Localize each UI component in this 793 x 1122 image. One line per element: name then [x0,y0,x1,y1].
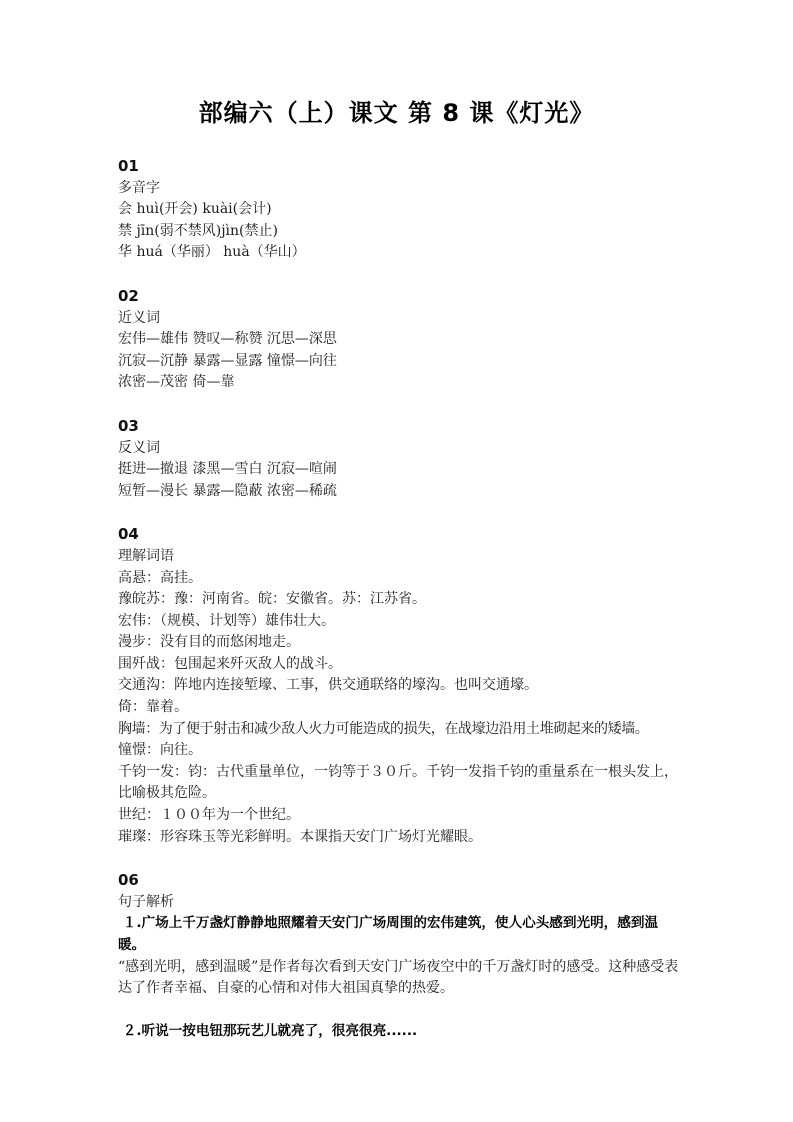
section-number: 01 [118,156,685,178]
text-line: 沉寂—沉静 暴露—显露 憧憬—向往 [118,351,685,373]
text-line: 宏伟—雄伟 赞叹—称赞 沉思—深思 [118,329,685,351]
definition-line: 交通沟：阵地内连接堑壕、工事，供交通联络的壕沟。也叫交通壕。 [118,675,685,697]
definition-line: 宏伟：（规模、计划等）雄伟壮大。 [118,611,685,633]
analysis-text: “感到光明，感到温暖”是作者每次看到天安门广场夜空中的千万盏灯时的感受。这种感受… [118,957,685,1000]
text-line: 挺进—撤退 漆黑—雪白 沉寂—喧闹 [118,459,685,481]
section-heading: 多音字 [118,178,685,200]
definition-line: 世纪：１００年为一个世纪。 [118,805,685,827]
definition-line: 憧憬：向往。 [118,740,685,762]
section-06-sentence-analysis: 06 句子解析 １.广场上千万盏灯静静地照耀着天安门广场周围的宏伟建筑，使人心头… [118,870,685,1042]
section-03-antonyms: 03 反义词 挺进—撤退 漆黑—雪白 沉寂—喧闹 短暂—漫长 暴露—隐蔽 浓密—… [118,416,685,502]
page-title: 部编六（上）课文 第 8 课《灯光》 [108,96,685,130]
text-line: 禁 jīn(弱不禁风)jìn(禁止) [118,221,685,243]
definition-line: 倚：靠着。 [118,697,685,719]
section-04-vocabulary: 04 理解词语 高悬：高挂。 豫皖苏：豫：河南省。皖：安徽省。苏：江苏省。 宏伟… [118,524,685,848]
definition-line: 千钧一发：钧：古代重量单位，一钧等于３０斤。千钧一发指千钧的重量系在一根头发上，… [118,762,685,805]
text-line: 短暂—漫长 暴露—隐蔽 浓密—稀疏 [118,481,685,503]
section-heading: 句子解析 [118,892,685,914]
analyzed-sentence: ２.听说一按电钮那玩艺儿就亮了，很亮很亮...... [118,1021,685,1043]
definition-line: 围歼战：包围起来歼灭敌人的战斗。 [118,654,685,676]
analyzed-sentence: １.广场上千万盏灯静静地照耀着天安门广场周围的宏伟建筑，使人心头感到光明，感到温… [118,913,685,956]
section-01-polyphones: 01 多音字 会 huì(开会) kuài(会计) 禁 jīn(弱不禁风)jìn… [118,156,685,264]
section-number: 06 [118,870,685,892]
definition-line: 璀璨：形容珠玉等光彩鲜明。本课指天安门广场灯光耀眼。 [118,827,685,849]
section-number: 04 [118,524,685,546]
section-number: 03 [118,416,685,438]
text-line: 华 huá（华丽） huà（华山） [118,242,685,264]
section-number: 02 [118,286,685,308]
definition-line: 高悬：高挂。 [118,568,685,590]
section-heading: 近义词 [118,308,685,330]
definition-line: 豫皖苏：豫：河南省。皖：安徽省。苏：江苏省。 [118,589,685,611]
text-line: 会 huì(开会) kuài(会计) [118,199,685,221]
definition-line: 胸墙：为了便于射击和减少敌人火力可能造成的损失，在战壕边沿用土堆砌起来的矮墙。 [118,719,685,741]
section-heading: 理解词语 [118,546,685,568]
section-02-synonyms: 02 近义词 宏伟—雄伟 赞叹—称赞 沉思—深思 沉寂—沉静 暴露—显露 憧憬—… [118,286,685,394]
text-line: 浓密—茂密 倚—靠 [118,372,685,394]
document-page: 部编六（上）课文 第 8 课《灯光》 01 多音字 会 huì(开会) kuài… [0,0,793,1122]
definition-line: 漫步：没有目的而悠闲地走。 [118,632,685,654]
section-heading: 反义词 [118,438,685,460]
